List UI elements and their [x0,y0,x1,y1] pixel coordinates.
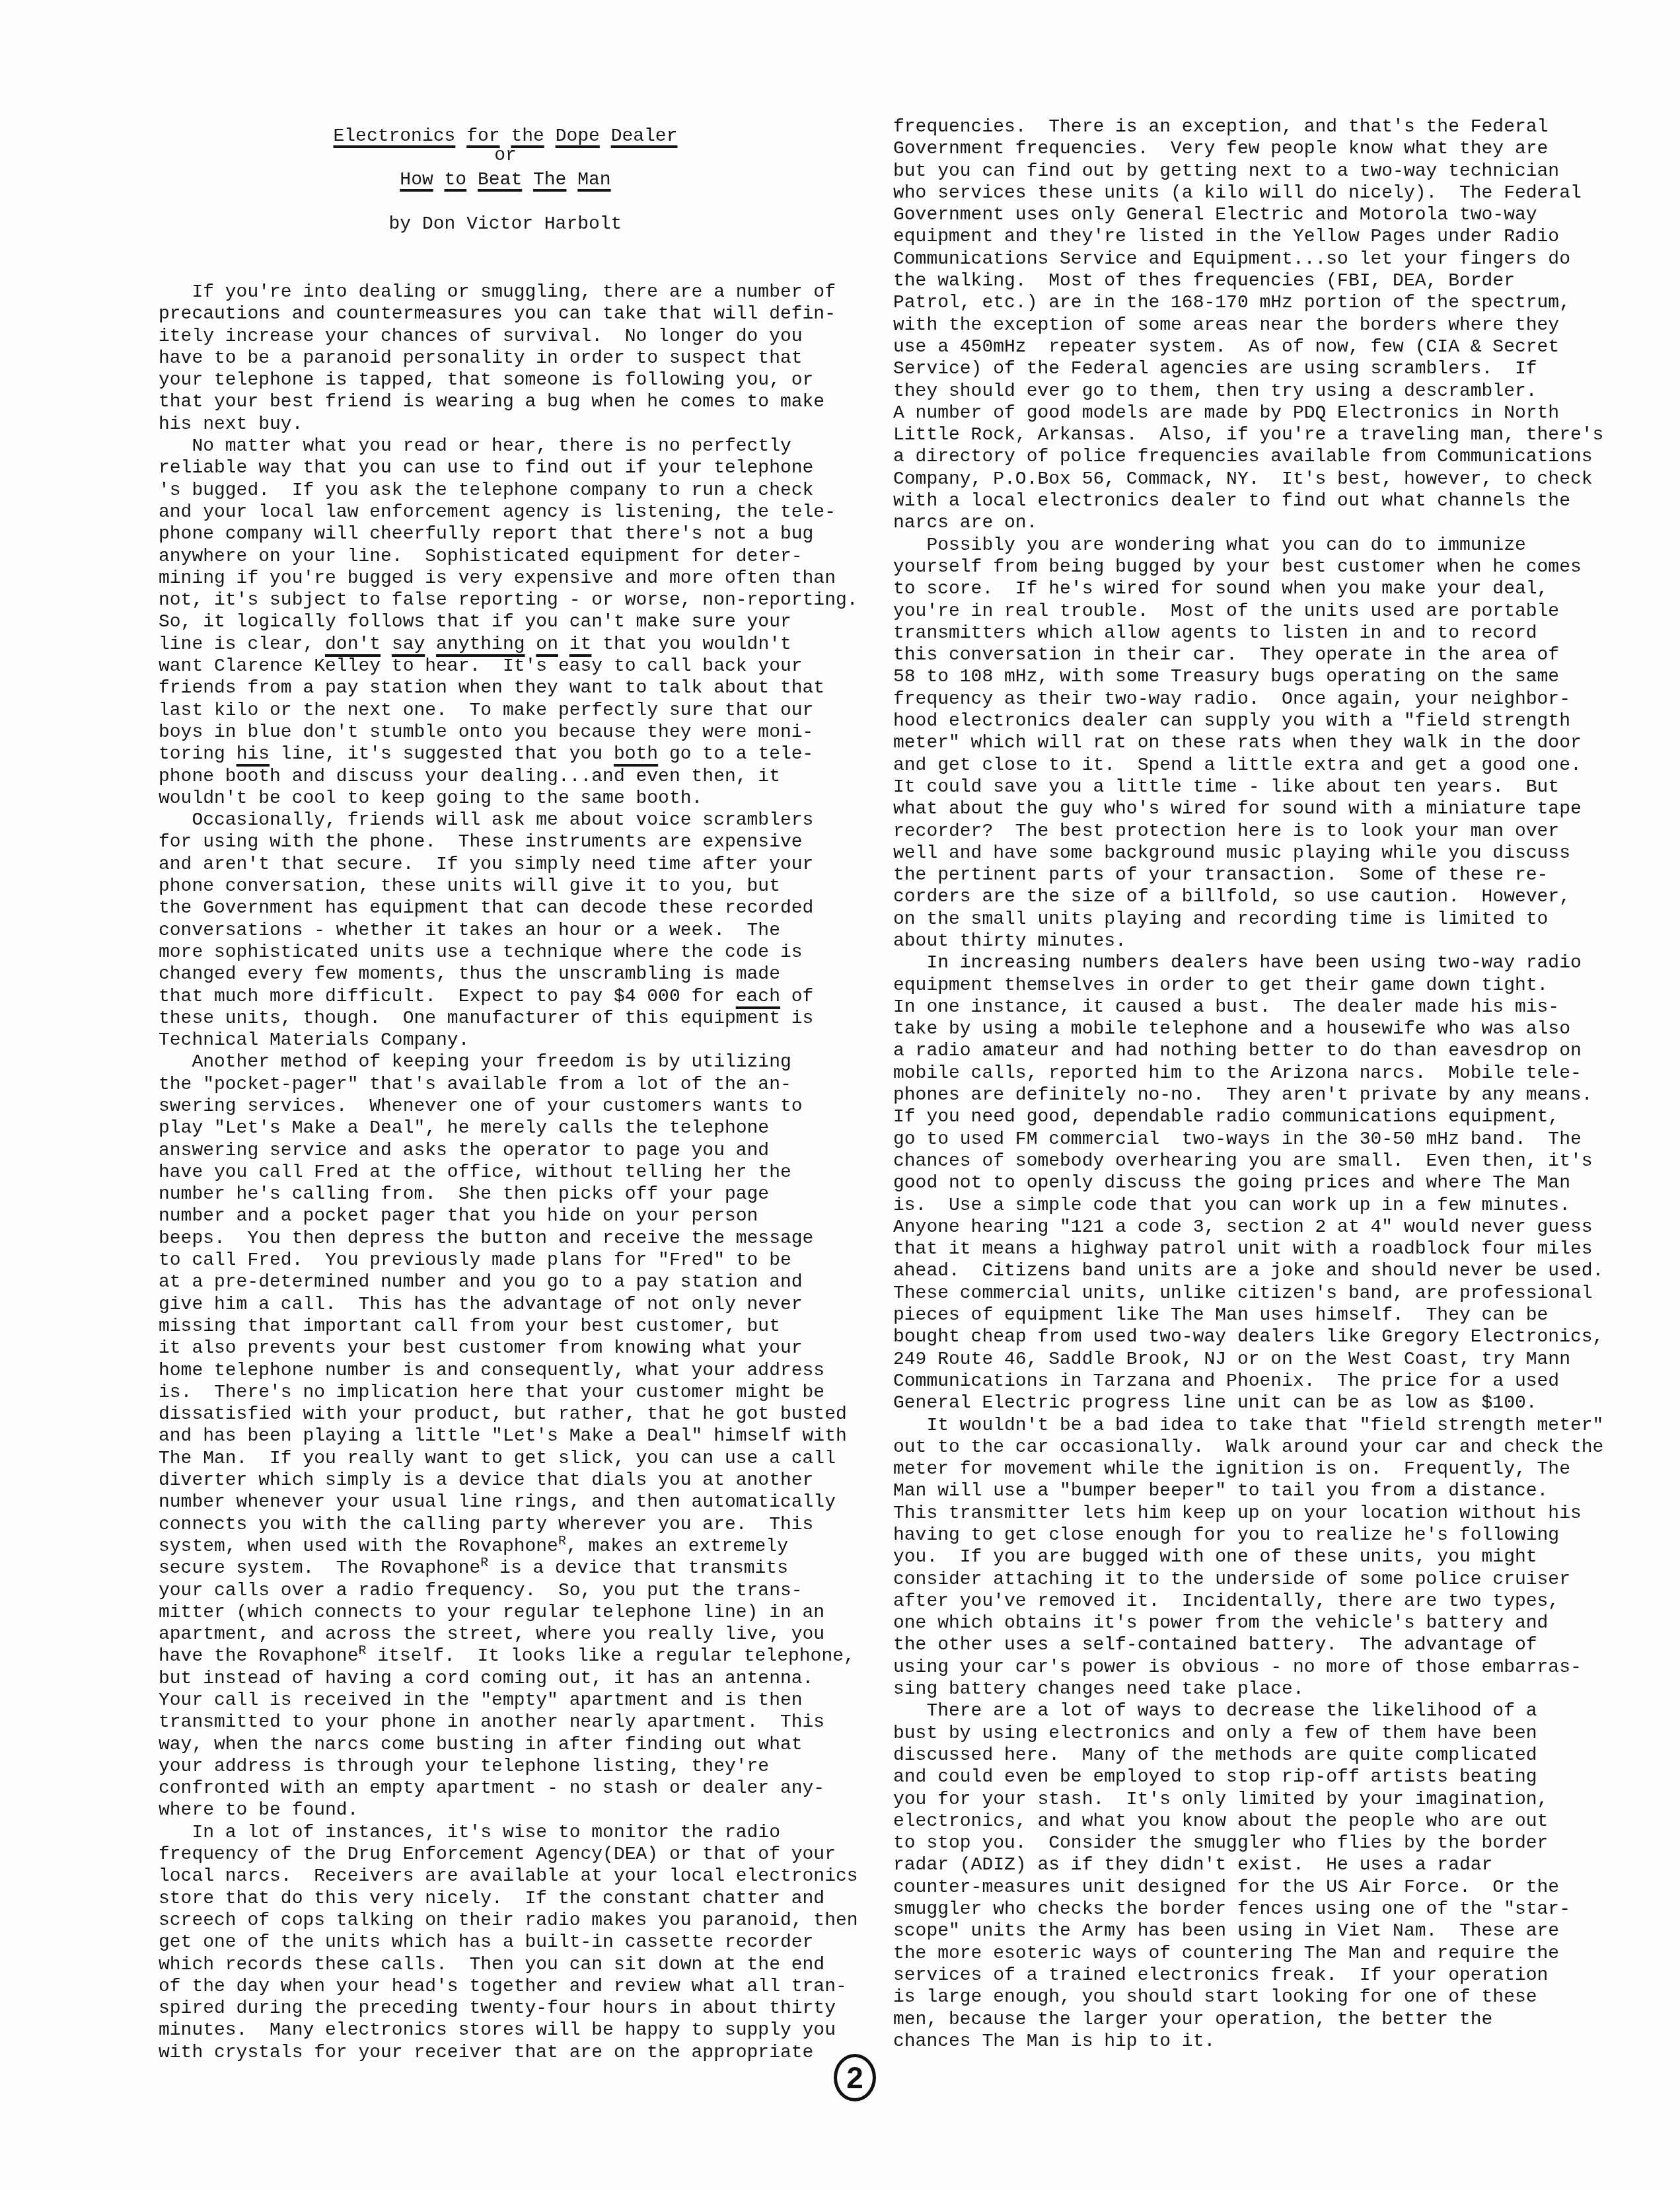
article-byline: by Don Victor Harbolt [159,213,852,235]
text-line: system, when used with the RovaphoneR, m… [159,1536,852,1558]
text-line: to stop you. Consider the smuggler who f… [893,1832,1613,1854]
text-line: Communications Service and Equipment...s… [893,248,1613,270]
text-line: a directory of police frequencies availa… [893,446,1613,468]
text-line: 's bugged. If you ask the telephone comp… [159,480,852,502]
text-line: is large enough, you should start lookin… [893,1986,1613,2008]
text-line: discussed here. Many of the methods are … [893,1745,1613,1766]
text-line: out to the car occasionally. Walk around… [893,1437,1613,1458]
text-line: So, it logically follows that if you can… [159,611,852,633]
text-line: Communications in Tarzana and Phoenix. T… [893,1371,1613,1392]
page-number-badge: 2 [834,2054,876,2101]
text-line: If you need good, dependable radio commu… [893,1106,1613,1128]
text-line: way, when the narcs come busting in afte… [159,1734,852,1756]
text-line: beeps. You then depress the button and r… [159,1228,852,1250]
underlined-emphasis: both [614,744,658,765]
text-line: number and a pocket pager that you hide … [159,1205,852,1227]
text-line: changed every few moments, thus the unsc… [159,963,852,985]
text-line: It could save you a little time - like a… [893,776,1613,798]
text-line: It wouldn't be a bad idea to take that "… [893,1415,1613,1437]
text-line: number he's calling from. She then picks… [159,1184,852,1205]
text-line: transmitters which allow agents to liste… [893,623,1613,644]
text-line: swering services. Whenever one of your c… [159,1096,852,1117]
text-line: you're in real trouble. Most of the unit… [893,601,1613,623]
text-line: is. There's no implication here that you… [159,1382,852,1404]
text-line: that your best friend is wearing a bug w… [159,391,852,413]
text-line: and get close to it. Spend a little extr… [893,755,1613,776]
text-line: have you call Fred at the office, withou… [159,1162,852,1184]
text-line: diverter which simply is a device that d… [159,1470,852,1491]
text-line: to call Fred. You previously made plans … [159,1250,852,1271]
text-line: answering service and asks the operator … [159,1140,852,1162]
text-line: There are a lot of ways to decrease the … [893,1700,1613,1722]
text-line: No matter what you read or hear, there i… [159,435,852,457]
text-line: mining if you're bugged is very expensiv… [159,568,852,589]
text-line: phones are definitely no-no. They aren't… [893,1084,1613,1106]
text-line: conversations - whether it takes an hour… [159,920,852,942]
text-line: confronted with an empty apartment - no … [159,1778,852,1799]
text-line: In increasing numbers dealers have been … [893,952,1613,974]
title-word: Dealer [611,126,678,147]
text-line: play "Let's Make a Deal", he merely call… [159,1117,852,1139]
text-line: for using with the phone. These instrume… [159,831,852,853]
underlined-emphasis: don't [325,634,381,655]
text-line: A number of good models are made by PDQ … [893,402,1613,424]
text-line: Technical Materials Company. [159,1030,852,1051]
text-line: In a lot of instances, it's wise to moni… [159,1822,852,1844]
text-line: the pertinent parts of your transaction.… [893,864,1613,886]
text-line: Government frequencies. Very few people … [893,138,1613,160]
text-line: equipment themselves in order to get the… [893,975,1613,997]
text-line: and your local law enforcement agency is… [159,502,852,523]
text-line: transmitted to your phone in another nea… [159,1712,852,1733]
text-line: boys in blue don't stumble onto you beca… [159,722,852,743]
text-line: counter-measures unit designed for the U… [893,1877,1613,1899]
text-line: chances of somebody overhearing you are … [893,1151,1613,1172]
text-line: sing battery changes need take place. [893,1679,1613,1700]
text-line: If you're into dealing or smuggling, the… [159,282,852,303]
text-line: good not to openly discuss the going pri… [893,1172,1613,1194]
text-line: These commercial units, unlike citizen's… [893,1283,1613,1304]
text-line: have the RovaphoneR itself. It looks lik… [159,1645,852,1667]
title-word: How [400,170,433,190]
text-line: on the small units playing and recording… [893,909,1613,930]
text-line: narcs are on. [893,512,1613,534]
text-line: Company, P.O.Box 56, Commack, NY. It's b… [893,469,1613,490]
text-line: equipment and they're listed in the Yell… [893,226,1613,248]
text-line: friends from a pay station when they wan… [159,677,852,699]
text-line: is. Use a simple code that you can work … [893,1195,1613,1217]
text-line: with the exception of some areas near th… [893,315,1613,336]
text-line: use a 450mHz repeater system. As of now,… [893,336,1613,358]
text-line: meter for movement while the ignition is… [893,1458,1613,1480]
text-line: that it means a highway patrol unit with… [893,1238,1613,1260]
text-line: scope" units the Army has been using in … [893,1920,1613,1942]
text-line: your telephone is tapped, that someone i… [159,369,852,391]
title-word: Dope [556,126,600,147]
text-line: number whenever your usual line rings, a… [159,1491,852,1513]
title-word: The [533,170,566,190]
text-line: the more esoteric ways of countering The… [893,1943,1613,1965]
text-line: ahead. Citizens band units are a joke an… [893,1260,1613,1282]
left-text-column: If you're into dealing or smuggling, the… [159,282,852,2064]
text-line: using your car's power is obvious - no m… [893,1657,1613,1679]
text-line: more sophisticated units use a technique… [159,942,852,963]
text-line: toring his line, it's suggested that you… [159,743,852,765]
text-line: that much more difficult. Expect to pay … [159,986,852,1008]
text-line: screech of cops talking on their radio m… [159,1910,852,1932]
registered-mark: R [558,1534,566,1549]
text-line: which records these calls. Then you can … [159,1954,852,1976]
text-line: of the day when your head's together and… [159,1976,852,1998]
text-line: who services these units (a kilo will do… [893,182,1613,204]
underlined-emphasis: say [392,634,425,655]
underlined-emphasis: on [536,634,558,655]
underlined-emphasis: anything [436,634,525,655]
title-word: the [511,126,544,147]
text-line: General Electric progress line unit can … [893,1392,1613,1414]
text-line: secure system. The RovaphoneR is a devic… [159,1558,852,1579]
text-line: and aren't that secure. If you simply ne… [159,854,852,876]
underlined-emphasis: each [736,987,780,1007]
text-line: they should ever go to them, then try us… [893,381,1613,402]
text-line: the other uses a self-contained battery.… [893,1634,1613,1656]
title-word: for [466,126,499,147]
text-line: the walking. Most of thes frequencies (F… [893,270,1613,292]
text-line: store that do this very nicely. If the c… [159,1888,852,1910]
text-line: the "pocket-pager" that's available from… [159,1074,852,1096]
text-line: This transmitter lets him keep up on you… [893,1503,1613,1525]
text-line: itely increase your chances of survival.… [159,326,852,348]
right-text-column: frequencies. There is an exception, and … [893,116,1613,2053]
text-line: this conversation in their car. They ope… [893,644,1613,666]
text-line: take by using a mobile telephone and a h… [893,1018,1613,1040]
text-line: not, it's subject to false reporting - o… [159,589,852,611]
text-line: Service) of the Federal agencies are usi… [893,358,1613,380]
text-line: what about the guy who's wired for sound… [893,798,1613,820]
text-line: chances The Man is hip to it. [893,2031,1613,2053]
text-line: where to be found. [159,1799,852,1821]
text-line: electronics, and what you know about the… [893,1811,1613,1832]
text-line: hood electronics dealer can supply you w… [893,710,1613,732]
title-word: Beat [478,170,522,190]
text-line: frequency as their two-way radio. Once a… [893,689,1613,710]
text-line: bust by using electronics and only a few… [893,1723,1613,1745]
text-line: radar (ADIZ) as if they didn't exist. He… [893,1854,1613,1876]
text-line: but instead of having a cord coming out,… [159,1668,852,1690]
text-line: spired during the preceding twenty-four … [159,1998,852,2020]
text-line: local narcs. Receivers are available at … [159,1866,852,1887]
text-line: his next buy. [159,414,852,435]
text-line: it also prevents your best customer from… [159,1338,852,1359]
text-line: Occasionally, friends will ask me about … [159,810,852,831]
text-line: corders are the size of a billfold, so u… [893,886,1613,908]
text-line: and has been playing a little "Let's Mak… [159,1425,852,1447]
text-line: Government uses only General Electric an… [893,204,1613,226]
title-word: Electronics [334,126,456,147]
text-line: mobile calls, reported him to the Arizon… [893,1063,1613,1084]
underlined-emphasis: it [569,634,592,655]
text-line: 58 to 108 mHz, with some Treasury bugs o… [893,666,1613,688]
text-line: Man will use a "bumper beeper" to tail y… [893,1480,1613,1502]
title-word: Man [577,170,610,190]
text-line: mitter (which connects to your regular t… [159,1602,852,1624]
text-line: wouldn't be cool to keep going to the sa… [159,788,852,810]
text-line: have to be a paranoid personality in ord… [159,348,852,369]
text-line: you. If you are bugged with one of these… [893,1546,1613,1568]
text-line: at a pre-determined number and you go to… [159,1271,852,1293]
text-line: phone conversation, these units will giv… [159,876,852,897]
text-line: dissatisfied with your product, but rath… [159,1404,852,1425]
text-line: Little Rock, Arkansas. Also, if you're a… [893,424,1613,446]
document-page: Electronics for the Dope Dealer or How t… [0,0,1680,2190]
text-line: get one of the units which has a built-i… [159,1932,852,1953]
text-line: want Clarence Kelley to hear. It's easy … [159,656,852,677]
text-line: smuggler who checks the border fences us… [893,1899,1613,1920]
text-line: line is clear, don't say anything on it … [159,634,852,656]
article-title-line2: How to Beat The Man [159,169,852,191]
text-line: your address is through your telephone l… [159,1756,852,1778]
text-line: missing that important call from your be… [159,1316,852,1338]
text-line: minutes. Many electronics stores will be… [159,2020,852,2041]
text-line: In one instance, it caused a bust. The d… [893,997,1613,1018]
text-line: The Man. If you really want to get slick… [159,1448,852,1470]
text-line: Your call is received in the "empty" apa… [159,1690,852,1712]
text-line: precautions and countermeasures you can … [159,303,852,325]
text-line: last kilo or the next one. To make perfe… [159,700,852,722]
text-line: Another method of keeping your freedom i… [159,1051,852,1073]
text-line: about thirty minutes. [893,930,1613,952]
text-line: these units, though. One manufacturer of… [159,1008,852,1030]
text-line: with a local electronics dealer to find … [893,490,1613,512]
text-line: go to used FM commercial two-ways in the… [893,1129,1613,1151]
text-line: yourself from being bugged by your best … [893,556,1613,578]
text-line: frequency of the Drug Enforcement Agency… [159,1844,852,1866]
text-line: men, because the larger your operation, … [893,2009,1613,2031]
text-line: bought cheap from used two-way dealers l… [893,1326,1613,1348]
text-line: connects you with the calling party wher… [159,1514,852,1536]
text-line: reliable way that you can use to find ou… [159,457,852,479]
registered-mark: R [480,1556,488,1571]
text-line: phone company will cheerfully report tha… [159,523,852,545]
text-line: Patrol, etc.) are in the 168-170 mHz por… [893,292,1613,314]
text-line: Anyone hearing "121 a code 3, section 2 … [893,1217,1613,1238]
text-line: home telephone number is and consequentl… [159,1360,852,1382]
text-line: recorder? The best protection here is to… [893,821,1613,843]
registered-mark: R [358,1643,366,1659]
text-line: services of a trained electronics freak.… [893,1965,1613,1986]
title-word: to [445,170,467,190]
text-line: frequencies. There is an exception, and … [893,116,1613,138]
text-line: pieces of equipment like The Man uses hi… [893,1304,1613,1326]
text-line: well and have some background music play… [893,843,1613,864]
text-line: having to get close enough for you to re… [893,1525,1613,1546]
text-line: phone booth and discuss your dealing...a… [159,766,852,788]
text-line: with crystals for your receiver that are… [159,2042,852,2064]
article-header: Electronics for the Dope Dealer or How t… [159,126,852,235]
text-line: anywhere on your line. Sophisticated equ… [159,546,852,568]
text-line: after you've removed it. Incidentally, t… [893,1591,1613,1612]
text-line: give him a call. This has the advantage … [159,1294,852,1316]
text-line: the Government has equipment that can de… [159,897,852,919]
text-line: meter" which will rat on these rats when… [893,732,1613,754]
text-line: 249 Route 46, Saddle Brook, NJ or on the… [893,1349,1613,1371]
text-line: and could even be employed to stop rip-o… [893,1766,1613,1788]
underlined-emphasis: his [237,744,270,765]
text-line: a radio amateur and had nothing better t… [893,1040,1613,1062]
text-line: apartment, and across the street, where … [159,1624,852,1645]
text-line: you for your stash. It's only limited by… [893,1789,1613,1811]
text-line: Possibly you are wondering what you can … [893,535,1613,556]
text-line: consider attaching it to the underside o… [893,1569,1613,1591]
text-line: to score. If he's wired for sound when y… [893,578,1613,600]
article-title-or: or [159,145,852,167]
text-line: your calls over a radio frequency. So, y… [159,1580,852,1602]
text-line: one which obtains it's power from the ve… [893,1612,1613,1634]
text-line: but you can find out by getting next to … [893,161,1613,182]
